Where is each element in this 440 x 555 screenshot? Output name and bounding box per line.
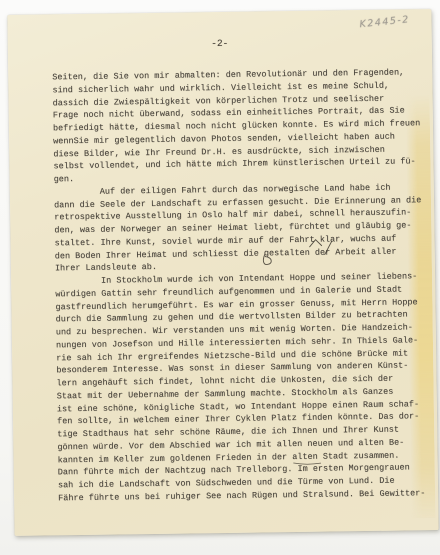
letter-paper-sheet: -2- K2445-2 Seiten, die Sie von mir abma… [7,9,438,536]
letter-body-text: Seiten, die Sie von mir abmalten: den Re… [52,66,430,505]
scanned-letter-page: -2- K2445-2 Seiten, die Sie von mir abma… [0,0,440,555]
page-number: -2- [8,35,432,52]
pencil-annotation: K2445-2 [359,14,410,30]
